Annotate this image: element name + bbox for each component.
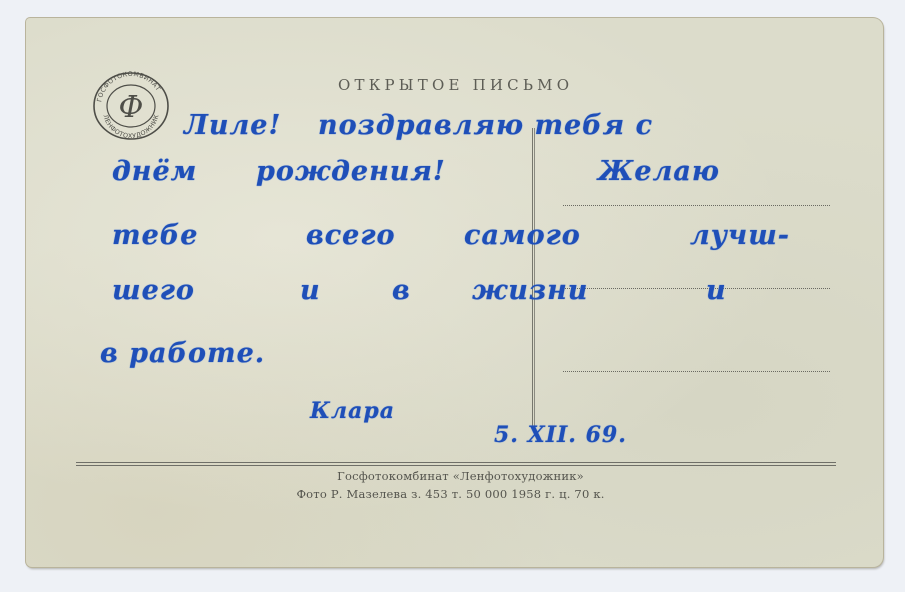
handwriting-text: днём	[112, 156, 197, 187]
handwriting-text: шего	[112, 275, 195, 306]
handwriting-text: лучш-	[690, 220, 790, 251]
handwriting-text: в	[392, 275, 411, 306]
handwriting-text: тебе	[112, 220, 198, 251]
handwriting-text: Желаю	[598, 156, 720, 187]
handwriting-text: самого	[464, 220, 581, 251]
publisher-seal-icon: ГОСФОТОКОМБИНАТ ЛЕНФОТОХУДОЖНИК Ф	[91, 70, 171, 142]
handwriting-text: и	[706, 275, 727, 306]
svg-text:Ф: Ф	[119, 90, 144, 125]
handwriting-greeting: Лиле!	[184, 110, 281, 141]
publisher-imprint: Госфотокомбинат «Ленфотохудожник»	[8, 469, 905, 483]
handwriting-date: 5. XII. 69.	[494, 422, 627, 448]
address-line	[563, 288, 830, 289]
bottom-rule	[76, 462, 836, 463]
bottom-rule	[76, 465, 836, 466]
handwriting-text: всего	[306, 220, 396, 251]
postcard-title: ОТКРЫТОЕ ПИСЬМО	[338, 76, 573, 94]
address-line	[563, 371, 830, 372]
handwriting-signature: Клара	[310, 398, 395, 424]
handwriting-text: рождения!	[256, 156, 446, 187]
handwriting-text: жизни	[472, 275, 588, 306]
handwriting-text: и	[300, 275, 321, 306]
handwriting-text: поздравляю тебя с	[318, 110, 653, 141]
handwriting-text: в работе.	[100, 338, 265, 369]
print-details: Фото Р. Мазелева з. 453 т. 50 000 1958 г…	[0, 487, 903, 501]
address-line	[563, 205, 830, 206]
